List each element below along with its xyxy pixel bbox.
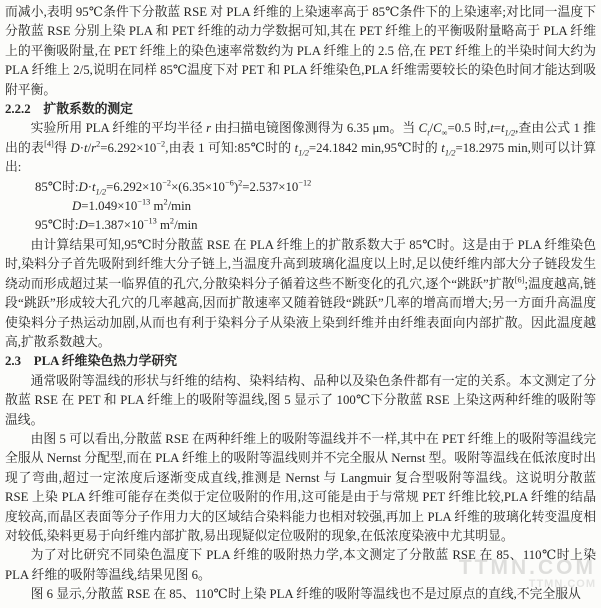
paragraph-diffusion-method: 实验所用 PLA 纤维的平均半径 r 由扫描电镜图像测得为 6.35 μm。当 … xyxy=(5,119,596,177)
equation-line-d-95c: 95℃时:D=1.387×10−13 m2/min xyxy=(5,216,596,235)
paper-page: 而减小,表明 95℃条件下分散蓝 RSE 对 PLA 纤维的上染速率高于 85℃… xyxy=(0,0,601,605)
paragraph-fig5-analysis: 由图 5 可以看出,分散蓝 RSE 在两种纤维上的吸附等温线并不一样,其中在 P… xyxy=(5,430,596,546)
section-heading-2-2-2: 2.2.2 扩散系数的测定 xyxy=(5,100,596,119)
equation-line-d-85c: D=1.049×10−13 m2/min xyxy=(5,197,596,216)
paragraph-diffusion-discussion: 由计算结果可知,95℃时分散蓝 RSE 在 PLA 纤维上的扩散系数大于 85℃… xyxy=(5,236,596,352)
paragraph-kinetics-conclusion: 而减小,表明 95℃条件下分散蓝 RSE 对 PLA 纤维的上染速率高于 85℃… xyxy=(5,3,596,100)
section-heading-2-3: 2.3 PLA 纤维染色热力学研究 xyxy=(5,352,596,371)
paragraph-fig6-setup: 为了对比研究不同染色温度下 PLA 纤维的吸附热力学,本文测定了分散蓝 RSE … xyxy=(5,546,596,585)
paragraph-fig6-result: 图 6 显示,分散蓝 RSE 在 85、110℃时上染 PLA 纤维的吸附等温线… xyxy=(5,585,596,604)
equation-line-85c: 85℃时:D·t1/2=6.292×10−2×(6.35×10−6)2=2.53… xyxy=(5,178,596,197)
paragraph-thermo-intro: 通常吸附等温线的形状与纤维的结构、染料结构、品种以及染色条件都有一定的关系。本文… xyxy=(5,372,596,430)
